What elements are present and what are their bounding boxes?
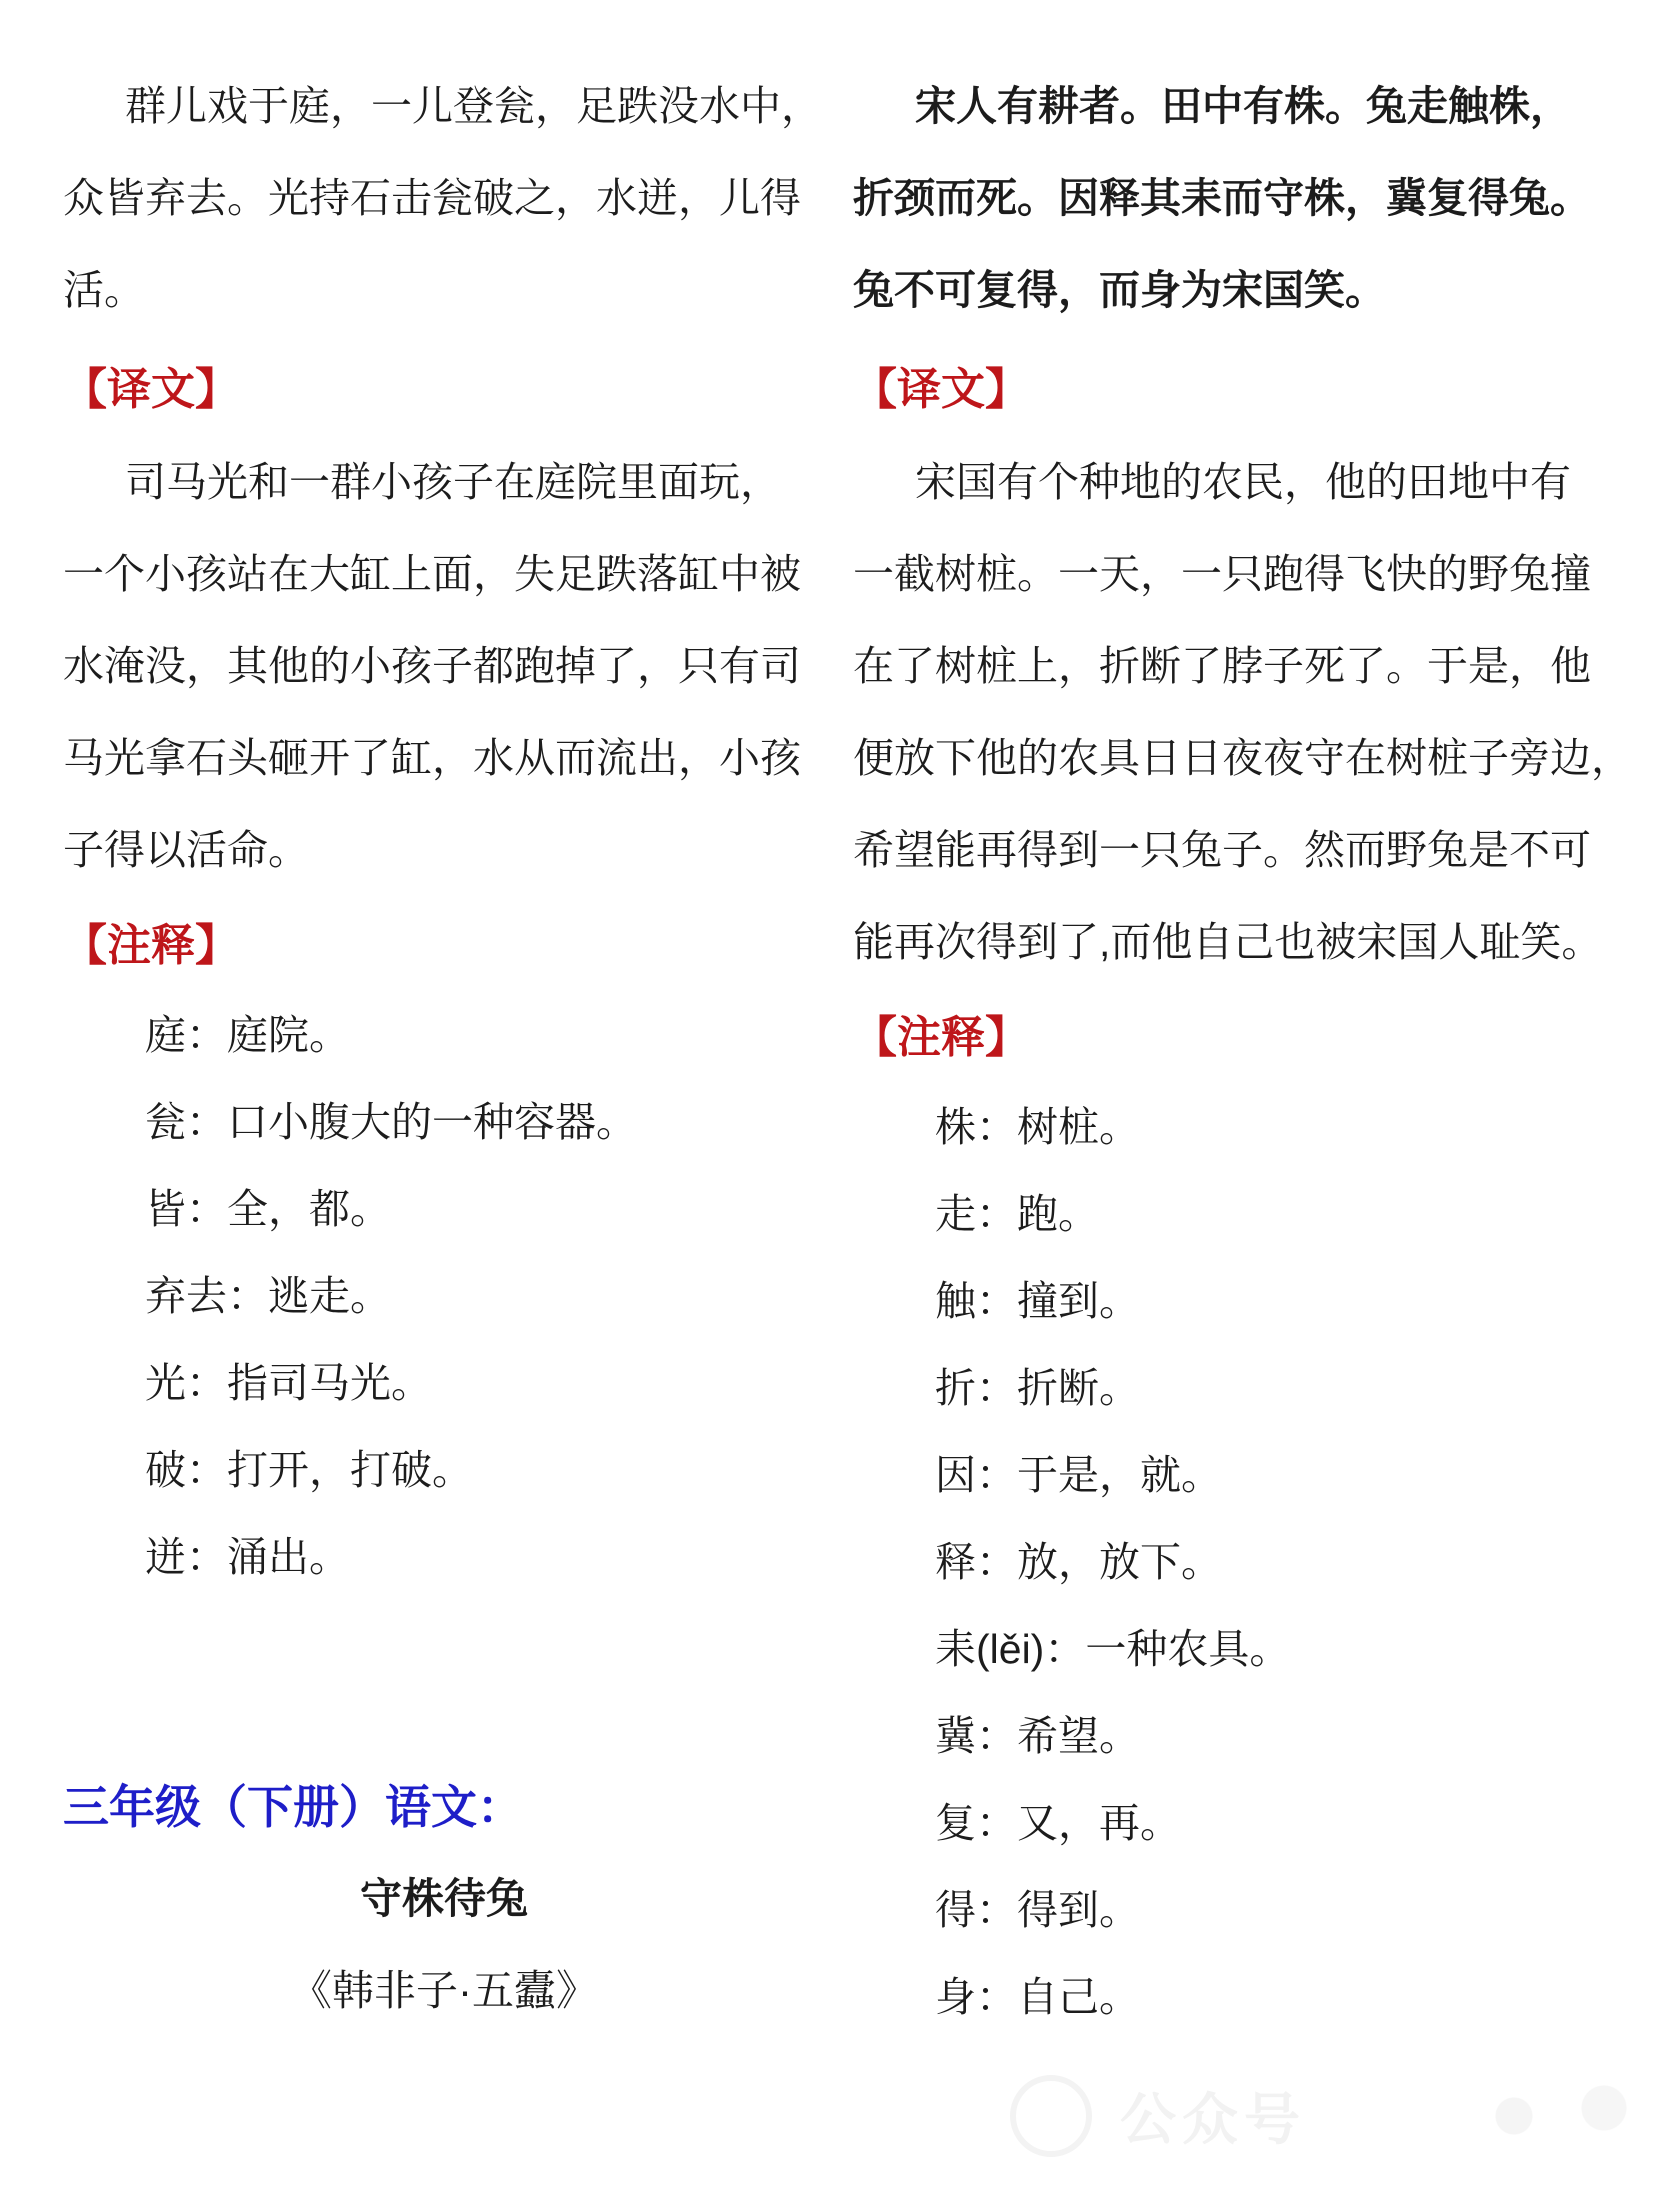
left-notes-list: 庭：庭院。 瓮：口小腹大的一种容器。 皆：全，都。 弃去：逃走。 光：指司马光。… (63, 992, 825, 1601)
left-original-paragraph: 群儿戏于庭，一儿登瓮，足跌没水中， 众皆弃去。光持石击瓮破之，水迸，儿得 活。 (63, 60, 825, 336)
document-page: 群儿戏于庭，一儿登瓮，足跌没水中， 众皆弃去。光持石击瓮破之，水迸，儿得 活。 … (0, 0, 1653, 2203)
note-item: 身：自己。 (853, 1954, 1615, 2041)
right-original-paragraph: 宋人有耕者。田中有株。兔走触株， 折颈而死。因释其耒而守株，冀复得兔。 兔不可复… (853, 60, 1615, 336)
text-line: 希望能再得到一只兔子。然而野兔是不可 (853, 804, 1615, 896)
right-notes-header: 【注释】 (853, 992, 1615, 1084)
watermark-logo-icon (1010, 2075, 1092, 2157)
note-item: 光：指司马光。 (63, 1340, 825, 1427)
watermark-decoration (1454, 2076, 1653, 2156)
note-item: 耒(lěi)：一种农具。 (853, 1606, 1615, 1693)
next-lesson-source: 《韩非子·五蠹》 (63, 1945, 825, 2037)
note-item: 释：放，放下。 (853, 1519, 1615, 1606)
left-translation-header: 【译文】 (63, 344, 825, 436)
watermark-text: 公众号 (1120, 2076, 1306, 2156)
left-notes-header: 【注释】 (63, 900, 825, 992)
note-item: 因：于是，就。 (853, 1432, 1615, 1519)
text-line: 便放下他的农具日日夜夜守在树桩子旁边， (853, 712, 1615, 804)
note-item: 折：折断。 (853, 1345, 1615, 1432)
text-line: 司马光和一群小孩子在庭院里面玩， (63, 436, 825, 528)
note-item: 迸：涌出。 (63, 1514, 825, 1601)
text-line: 一截树桩。一天，一只跑得飞快的野兔撞 (853, 528, 1615, 620)
next-lesson-heading: 三年级（下册）语文： (63, 1761, 825, 1853)
note-item: 破：打开，打破。 (63, 1427, 825, 1514)
note-item: 庭：庭院。 (63, 992, 825, 1079)
note-item: 株：树桩。 (853, 1084, 1615, 1171)
text-line: 众皆弃去。光持石击瓮破之，水迸，儿得 (63, 152, 825, 244)
text-line: 群儿戏于庭，一儿登瓮，足跌没水中， (63, 60, 825, 152)
right-column: 宋人有耕者。田中有株。兔走触株， 折颈而死。因释其耒而守株，冀复得兔。 兔不可复… (853, 60, 1615, 2041)
note-item: 瓮：口小腹大的一种容器。 (63, 1079, 825, 1166)
right-translation-paragraph: 宋国有个种地的农民，他的田地中有 一截树桩。一天，一只跑得飞快的野兔撞 在了树桩… (853, 436, 1615, 988)
text-line: 活。 (63, 244, 825, 336)
text-line: 宋人有耕者。田中有株。兔走触株， (853, 60, 1615, 152)
right-notes-list: 株：树桩。 走：跑。 触：撞到。 折：折断。 因：于是，就。 释：放，放下。 耒… (853, 1084, 1615, 2041)
note-item: 弃去：逃走。 (63, 1253, 825, 1340)
right-translation-header: 【译文】 (853, 344, 1615, 436)
text-line: 水淹没，其他的小孩子都跑掉了，只有司 (63, 620, 825, 712)
note-item: 冀：希望。 (853, 1693, 1615, 1780)
watermark: 公众号 (1010, 2075, 1653, 2157)
text-line: 能再次得到了,而他自己也被宋国人耻笑。 (853, 896, 1615, 988)
left-translation-paragraph: 司马光和一群小孩子在庭院里面玩， 一个小孩站在大缸上面，失足跌落缸中被 水淹没，… (63, 436, 825, 896)
note-item: 皆：全，都。 (63, 1166, 825, 1253)
note-item: 走：跑。 (853, 1171, 1615, 1258)
next-lesson-title: 守株待兔 (63, 1853, 825, 1945)
left-column: 群儿戏于庭，一儿登瓮，足跌没水中， 众皆弃去。光持石击瓮破之，水迸，儿得 活。 … (63, 60, 825, 2037)
text-line: 马光拿石头砸开了缸，水从而流出，小孩 (63, 712, 825, 804)
text-line: 一个小孩站在大缸上面，失足跌落缸中被 (63, 528, 825, 620)
text-line: 兔不可复得，而身为宋国笑。 (853, 244, 1615, 336)
text-line: 折颈而死。因释其耒而守株，冀复得兔。 (853, 152, 1615, 244)
note-item: 复：又，再。 (853, 1780, 1615, 1867)
note-item: 触：撞到。 (853, 1258, 1615, 1345)
note-item: 得：得到。 (853, 1867, 1615, 1954)
text-line: 在了树桩上，折断了脖子死了。于是，他 (853, 620, 1615, 712)
text-line: 宋国有个种地的农民，他的田地中有 (853, 436, 1615, 528)
text-line: 子得以活命。 (63, 804, 825, 896)
